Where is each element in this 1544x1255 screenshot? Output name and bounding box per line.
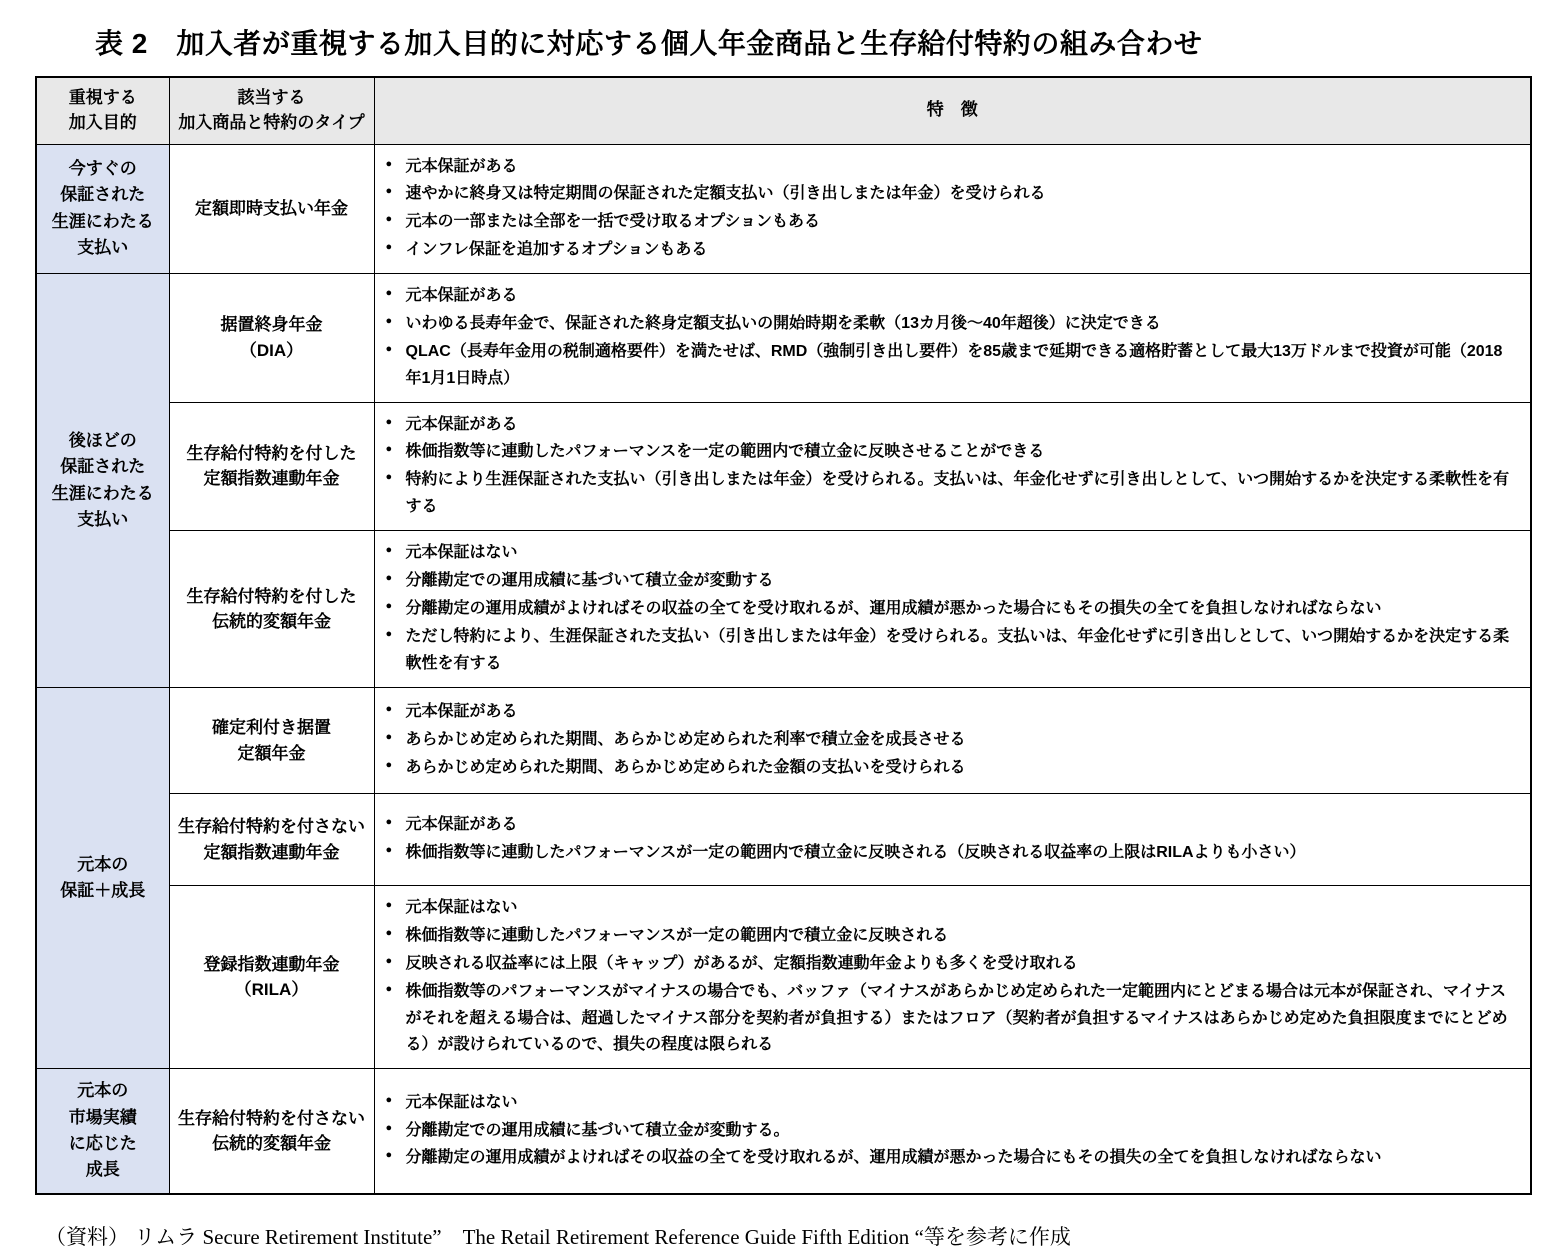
table-header: 重視する 加入目的該当する 加入商品と特約のタイプ特 徴 <box>36 77 1531 144</box>
table-row: 登録指数連動年金 （RILA）元本保証はない株価指数等に連動したパフォーマンスが… <box>36 886 1531 1069</box>
feature-list: 元本保証があるあらかじめ定められた期間、あらかじめ定められた利率で積立金を成長さ… <box>385 699 1517 782</box>
purpose-cell: 今すぐの 保証された 生涯にわたる 支払い <box>36 144 169 274</box>
purpose-cell: 元本の 市場実績 に応じた 成長 <box>36 1069 169 1194</box>
features-cell: 元本保証はない株価指数等に連動したパフォーマンスが一定の範囲内で積立金に反映され… <box>374 886 1531 1069</box>
feature-item: QLAC（長寿年金用の税制適格要件）を満たせば、RMD（強制引き出し要件）を85… <box>385 339 1517 393</box>
feature-item: いわゆる長寿年金で、保証された終身定額支払いの開始時期を柔軟（13カ月後～40年… <box>385 311 1517 338</box>
features-cell: 元本保証がある株価指数等に連動したパフォーマンスが一定の範囲内で積立金に反映され… <box>374 794 1531 886</box>
feature-item: 特約により生涯保証された支払い（引き出しまたは年金）を受けられる。支払いは、年金… <box>385 467 1517 521</box>
feature-item: 分離勘定での運用成績に基づいて積立金が変動する。 <box>385 1118 1517 1145</box>
feature-item: 株価指数等に連動したパフォーマンスを一定の範囲内で積立金に反映させることができる <box>385 439 1517 466</box>
source-note: （資料） リムラ Secure Retirement Institute” Th… <box>45 1221 1524 1251</box>
feature-list: 元本保証はない分離勘定での運用成績に基づいて積立金が変動する。分離勘定の運用成績… <box>385 1090 1517 1173</box>
feature-list: 元本保証がある株価指数等に連動したパフォーマンスを一定の範囲内で積立金に反映させ… <box>385 412 1517 522</box>
features-cell: 元本保証はない分離勘定での運用成績に基づいて積立金が変動する分離勘定の運用成績が… <box>374 531 1531 688</box>
feature-item: 速やかに終身又は特定期間の保証された定額支払い（引き出しまたは年金）を受けられる <box>385 181 1517 208</box>
feature-item: 反映される収益率には上限（キャップ）があるが、定額指数連動年金よりも多くを受け取… <box>385 951 1517 978</box>
product-cell: 確定利付き据置 定額年金 <box>169 688 374 794</box>
product-cell: 生存給付特約を付した 定額指数連動年金 <box>169 402 374 531</box>
feature-list: 元本保証はない分離勘定での運用成績に基づいて積立金が変動する分離勘定の運用成績が… <box>385 540 1517 677</box>
feature-item: ただし特約により、生涯保証された支払い（引き出しまたは年金）を受けられる。支払い… <box>385 624 1517 678</box>
feature-item: 株価指数等に連動したパフォーマンスが一定の範囲内で積立金に反映される（反映される… <box>385 840 1517 867</box>
table-body: 今すぐの 保証された 生涯にわたる 支払い定額即時支払い年金元本保証がある速やか… <box>36 144 1531 1194</box>
document-page: 表 2 加入者が重視する加入目的に対応する個人年金商品と生存給付特約の組み合わせ… <box>0 22 1544 1251</box>
features-cell: 元本保証がある速やかに終身又は特定期間の保証された定額支払い（引き出しまたは年金… <box>374 144 1531 274</box>
feature-item: 元本保証はない <box>385 895 1517 922</box>
feature-list: 元本保証がある速やかに終身又は特定期間の保証された定額支払い（引き出しまたは年金… <box>385 154 1517 265</box>
table-row: 生存給付特約を付した 定額指数連動年金元本保証がある株価指数等に連動したパフォー… <box>36 402 1531 531</box>
feature-item: 分離勘定での運用成績に基づいて積立金が変動する <box>385 568 1517 595</box>
column-header: 重視する 加入目的 <box>36 77 169 144</box>
purpose-cell: 後ほどの 保証された 生涯にわたる 支払い <box>36 274 169 688</box>
product-cell: 生存給付特約を付した 伝統的変額年金 <box>169 531 374 688</box>
feature-item: インフレ保証を追加するオプションもある <box>385 237 1517 264</box>
feature-item: 株価指数等のパフォーマンスがマイナスの場合でも、バッファ（マイナスがあらかじめ定… <box>385 979 1517 1060</box>
feature-item: 元本保証がある <box>385 812 1517 839</box>
table-row: 今すぐの 保証された 生涯にわたる 支払い定額即時支払い年金元本保証がある速やか… <box>36 144 1531 274</box>
product-cell: 生存給付特約を付さない 伝統的変額年金 <box>169 1069 374 1194</box>
feature-item: 元本の一部または全部を一括で受け取るオプションもある <box>385 209 1517 236</box>
column-header: 該当する 加入商品と特約のタイプ <box>169 77 374 144</box>
feature-item: 株価指数等に連動したパフォーマンスが一定の範囲内で積立金に反映される <box>385 923 1517 950</box>
table-row: 元本の 市場実績 に応じた 成長生存給付特約を付さない 伝統的変額年金元本保証は… <box>36 1069 1531 1194</box>
feature-list: 元本保証はない株価指数等に連動したパフォーマンスが一定の範囲内で積立金に反映され… <box>385 895 1517 1059</box>
table-row: 元本の 保証＋成長確定利付き据置 定額年金元本保証があるあらかじめ定められた期間… <box>36 688 1531 794</box>
table-row: 生存給付特約を付さない 定額指数連動年金元本保証がある株価指数等に連動したパフォ… <box>36 794 1531 886</box>
feature-item: 元本保証がある <box>385 412 1517 439</box>
product-cell: 据置終身年金 （DIA） <box>169 274 374 403</box>
feature-list: 元本保証がある株価指数等に連動したパフォーマンスが一定の範囲内で積立金に反映され… <box>385 812 1517 867</box>
feature-item: 元本保証がある <box>385 154 1517 181</box>
table-row: 生存給付特約を付した 伝統的変額年金元本保証はない分離勘定での運用成績に基づいて… <box>36 531 1531 688</box>
table-row: 後ほどの 保証された 生涯にわたる 支払い据置終身年金 （DIA）元本保証がある… <box>36 274 1531 403</box>
feature-item: あらかじめ定められた期間、あらかじめ定められた利率で積立金を成長させる <box>385 727 1517 754</box>
feature-item: 分離勘定の運用成績がよければその収益の全てを受け取れるが、運用成績が悪かった場合… <box>385 596 1517 623</box>
feature-item: 元本保証はない <box>385 1090 1517 1117</box>
features-cell: 元本保証があるいわゆる長寿年金で、保証された終身定額支払いの開始時期を柔軟（13… <box>374 274 1531 403</box>
features-cell: 元本保証はない分離勘定での運用成績に基づいて積立金が変動する。分離勘定の運用成績… <box>374 1069 1531 1194</box>
feature-item: 分離勘定の運用成績がよければその収益の全てを受け取れるが、運用成績が悪かった場合… <box>385 1145 1517 1172</box>
feature-item: あらかじめ定められた期間、あらかじめ定められた金額の支払いを受けられる <box>385 755 1517 782</box>
product-cell: 生存給付特約を付さない 定額指数連動年金 <box>169 794 374 886</box>
annuity-products-table: 重視する 加入目的該当する 加入商品と特約のタイプ特 徴 今すぐの 保証された … <box>35 76 1532 1195</box>
feature-item: 元本保証がある <box>385 283 1517 310</box>
product-cell: 登録指数連動年金 （RILA） <box>169 886 374 1069</box>
table-title: 表 2 加入者が重視する加入目的に対応する個人年金商品と生存給付特約の組み合わせ <box>95 22 1524 62</box>
features-cell: 元本保証があるあらかじめ定められた期間、あらかじめ定められた利率で積立金を成長さ… <box>374 688 1531 794</box>
feature-item: 元本保証がある <box>385 699 1517 726</box>
feature-list: 元本保証があるいわゆる長寿年金で、保証された終身定額支払いの開始時期を柔軟（13… <box>385 283 1517 393</box>
features-cell: 元本保証がある株価指数等に連動したパフォーマンスを一定の範囲内で積立金に反映させ… <box>374 402 1531 531</box>
product-cell: 定額即時支払い年金 <box>169 144 374 274</box>
purpose-cell: 元本の 保証＋成長 <box>36 688 169 1069</box>
column-header: 特 徴 <box>374 77 1531 144</box>
header-row: 重視する 加入目的該当する 加入商品と特約のタイプ特 徴 <box>36 77 1531 144</box>
feature-item: 元本保証はない <box>385 540 1517 567</box>
